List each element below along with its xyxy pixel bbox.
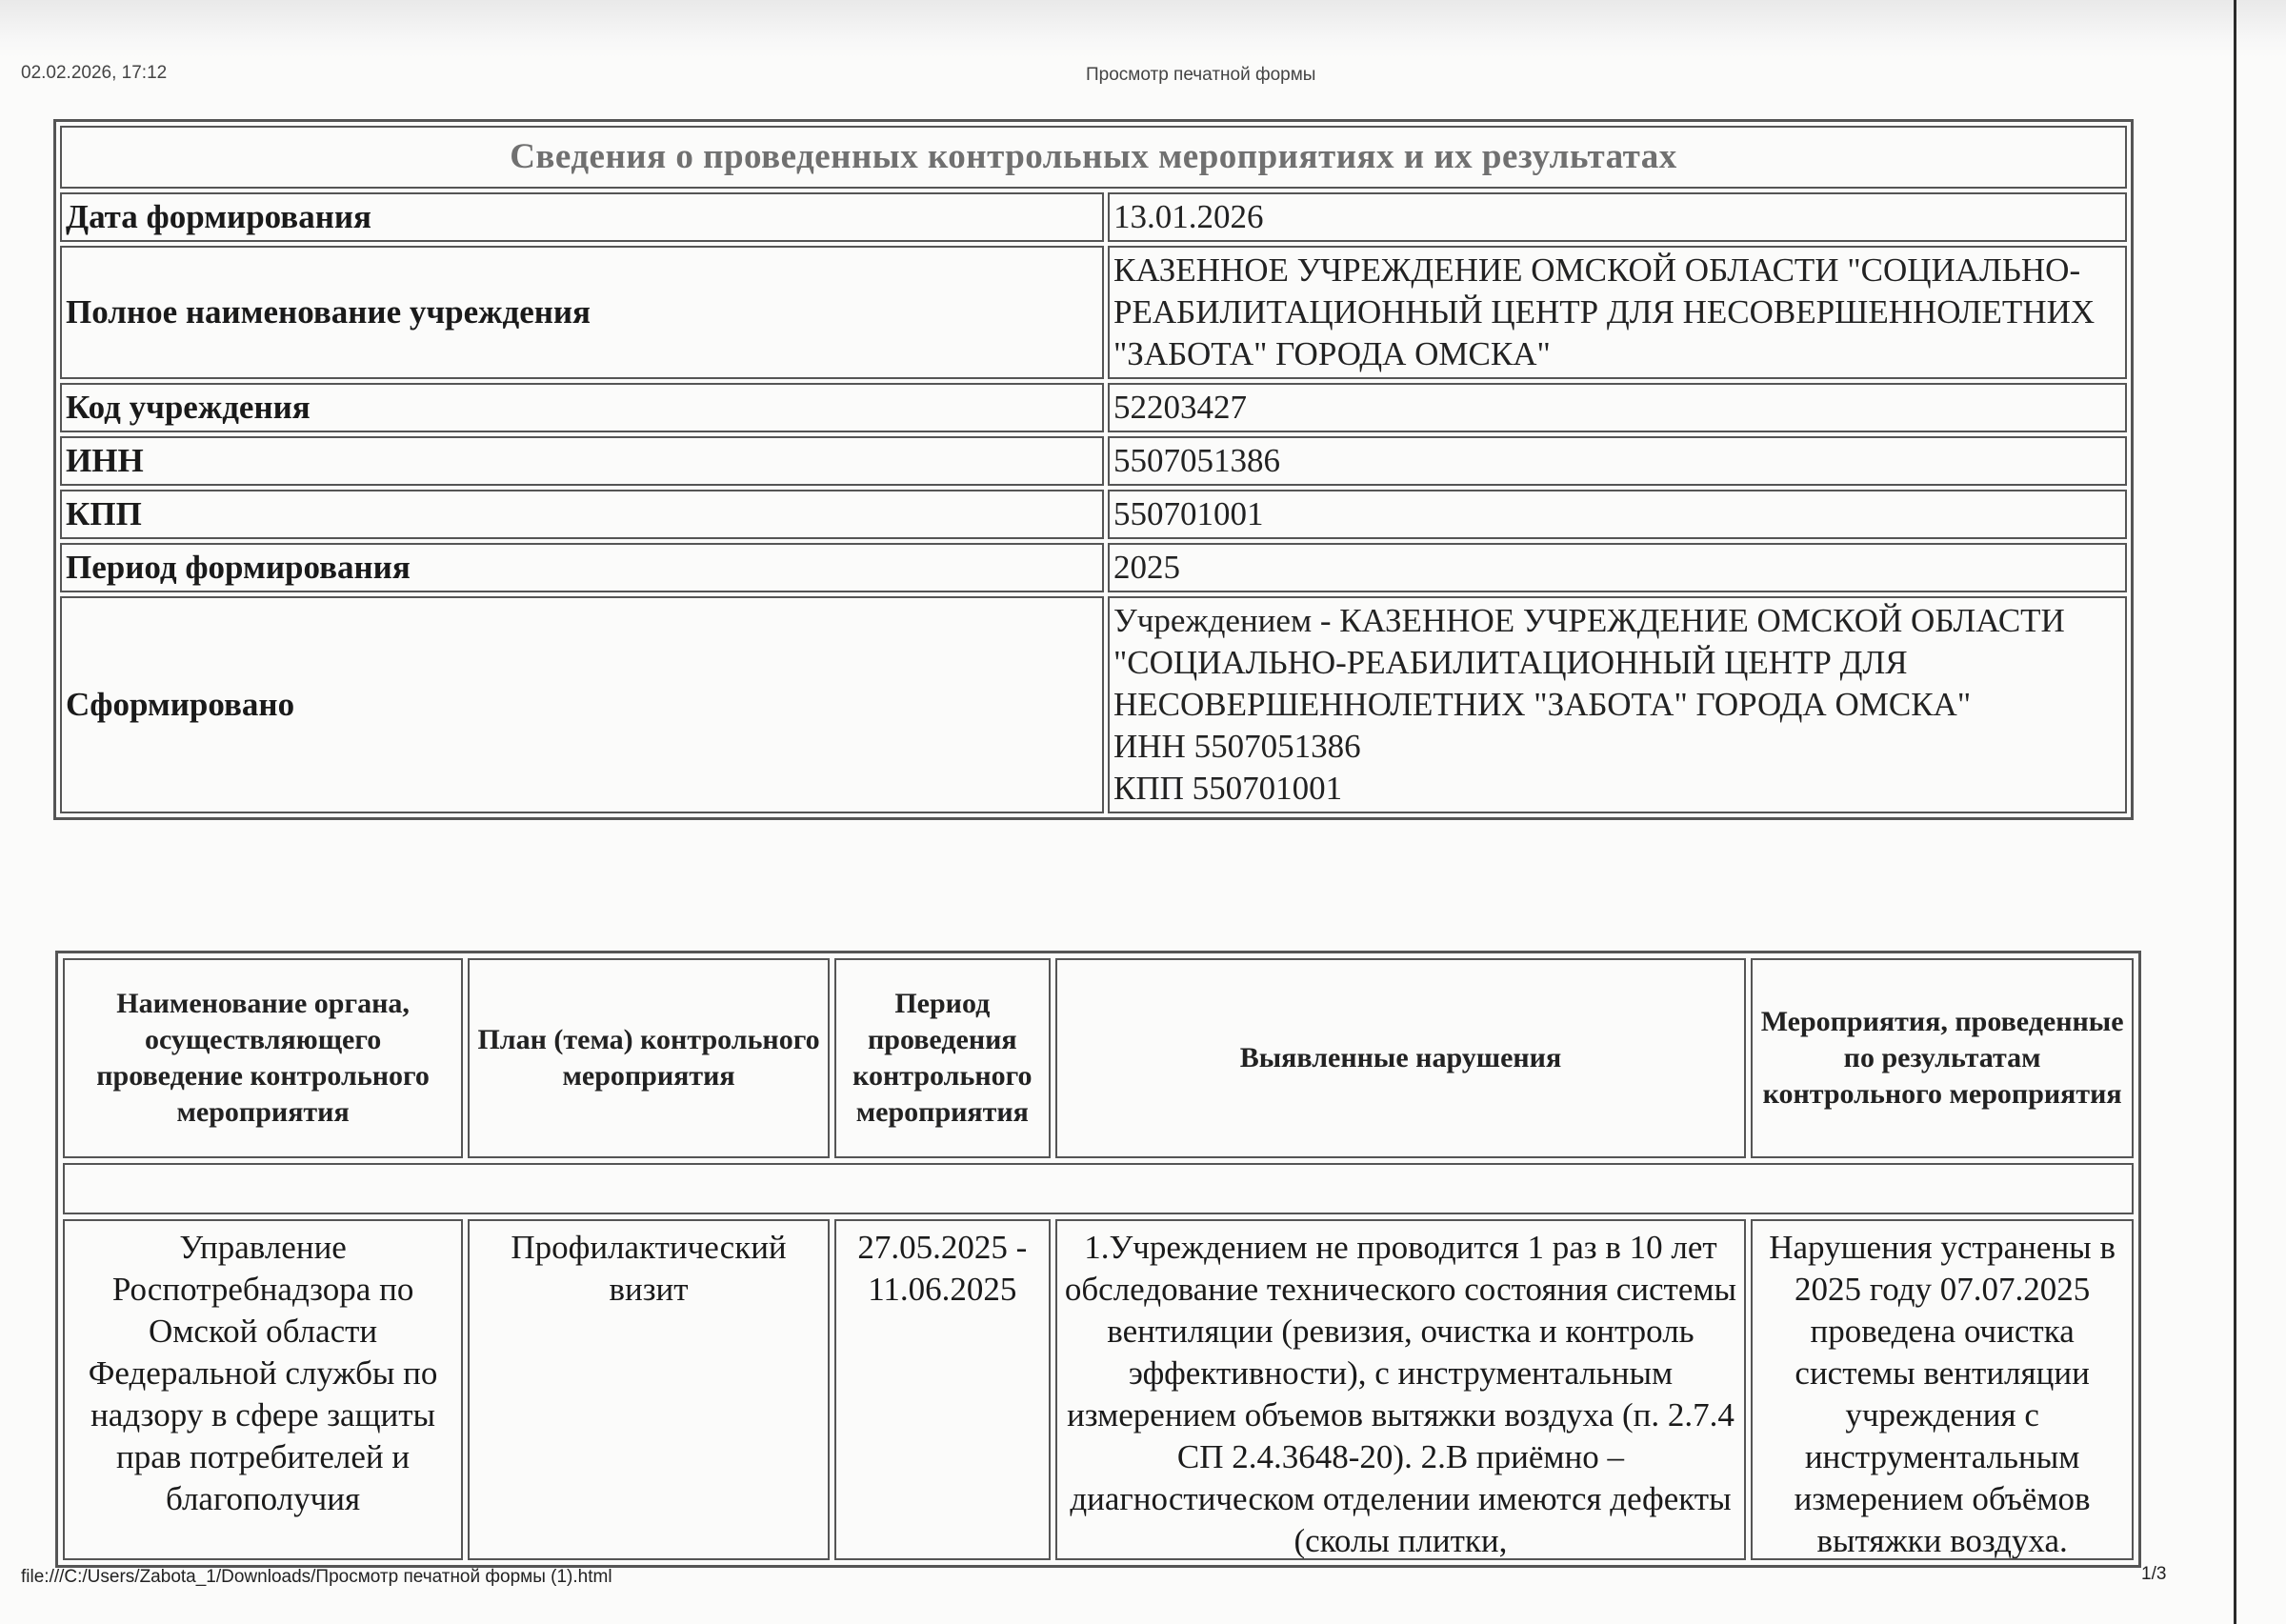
cell-period: 27.05.2025 - 11.06.2025: [834, 1219, 1051, 1560]
value-formation-date: 13.01.2026: [1108, 192, 2127, 242]
scan-margin: [0, 0, 2286, 57]
scan-page-edge: [2234, 0, 2236, 1624]
info-row: КПП 550701001: [60, 490, 2127, 539]
violations-text: 1.Учреждением не проводится 1 раз в 10 л…: [1063, 1227, 1739, 1558]
generated-by-kpp: КПП 550701001: [1113, 768, 2121, 810]
info-row: Код учреждения 52203427: [60, 383, 2127, 432]
table-row: Управление Роспотребнадзора по Омской об…: [63, 1219, 2134, 1560]
control-activities-table: Наименование органа, осуществляющего про…: [55, 951, 2141, 1568]
info-row: Полное наименование учреждения КАЗЕННОЕ …: [60, 246, 2127, 379]
label-formation-date: Дата формирования: [60, 192, 1104, 242]
value-period: 2025: [1108, 543, 2127, 592]
report-title: Сведения о проведенных контрольных мероп…: [60, 126, 2127, 189]
measures-text: Нарушения устранены в 2025 году 07.07.20…: [1758, 1227, 2126, 1558]
info-row: Дата формирования 13.01.2026: [60, 192, 2127, 242]
info-row: Сформировано Учреждением - КАЗЕННОЕ УЧРЕ…: [60, 596, 2127, 813]
header-plan: План (тема) контрольного мероприятия: [468, 958, 830, 1158]
header-authority: Наименование органа, осуществляющего про…: [63, 958, 463, 1158]
cell-authority: Управление Роспотребнадзора по Омской об…: [63, 1219, 463, 1560]
generated-by-name: Учреждением - КАЗЕННОЕ УЧРЕЖДЕНИЕ ОМСКОЙ…: [1113, 600, 2121, 726]
print-file-url: file:///C:/Users/Zabota_1/Downloads/Прос…: [21, 1567, 612, 1588]
empty-group-cell: [63, 1163, 2134, 1214]
cell-plan: Профилактический визит: [468, 1219, 830, 1560]
label-full-name: Полное наименование учреждения: [60, 246, 1104, 379]
header-period: Период проведения контрольного мероприят…: [834, 958, 1051, 1158]
institution-info-table: Сведения о проведенных контрольных мероп…: [53, 119, 2134, 820]
label-kpp: КПП: [60, 490, 1104, 539]
value-institution-code: 52203427: [1108, 383, 2127, 432]
label-institution-code: Код учреждения: [60, 383, 1104, 432]
plan-text: Профилактический визит: [475, 1227, 822, 1311]
generated-by-inn: ИНН 5507051386: [1113, 726, 2121, 768]
header-violations: Выявленные нарушения: [1055, 958, 1747, 1158]
table-header-row: Наименование органа, осуществляющего про…: [63, 958, 2134, 1158]
value-generated-by: Учреждением - КАЗЕННОЕ УЧРЕЖДЕНИЕ ОМСКОЙ…: [1108, 596, 2127, 813]
label-inn: ИНН: [60, 436, 1104, 486]
label-generated-by: Сформировано: [60, 596, 1104, 813]
header-measures: Мероприятия, проведенные по результатам …: [1751, 958, 2134, 1158]
value-inn: 5507051386: [1108, 436, 2127, 486]
info-row: Период формирования 2025: [60, 543, 2127, 592]
info-row: ИНН 5507051386: [60, 436, 2127, 486]
value-full-name: КАЗЕННОЕ УЧРЕЖДЕНИЕ ОМСКОЙ ОБЛАСТИ "СОЦИ…: [1108, 246, 2127, 379]
table-spacer-row: [63, 1163, 2134, 1214]
value-kpp: 550701001: [1108, 490, 2127, 539]
cell-measures: Нарушения устранены в 2025 году 07.07.20…: [1751, 1219, 2134, 1560]
print-datetime: 02.02.2026, 17:12: [21, 63, 167, 84]
authority-text: Управление Роспотребнадзора по Омской об…: [70, 1227, 455, 1520]
print-page-number: 1/3: [2141, 1564, 2166, 1585]
print-page-title: Просмотр печатной формы: [1086, 65, 1315, 86]
label-period: Период формирования: [60, 543, 1104, 592]
cell-violations: 1.Учреждением не проводится 1 раз в 10 л…: [1055, 1219, 1747, 1560]
period-text: 27.05.2025 - 11.06.2025: [842, 1227, 1043, 1311]
